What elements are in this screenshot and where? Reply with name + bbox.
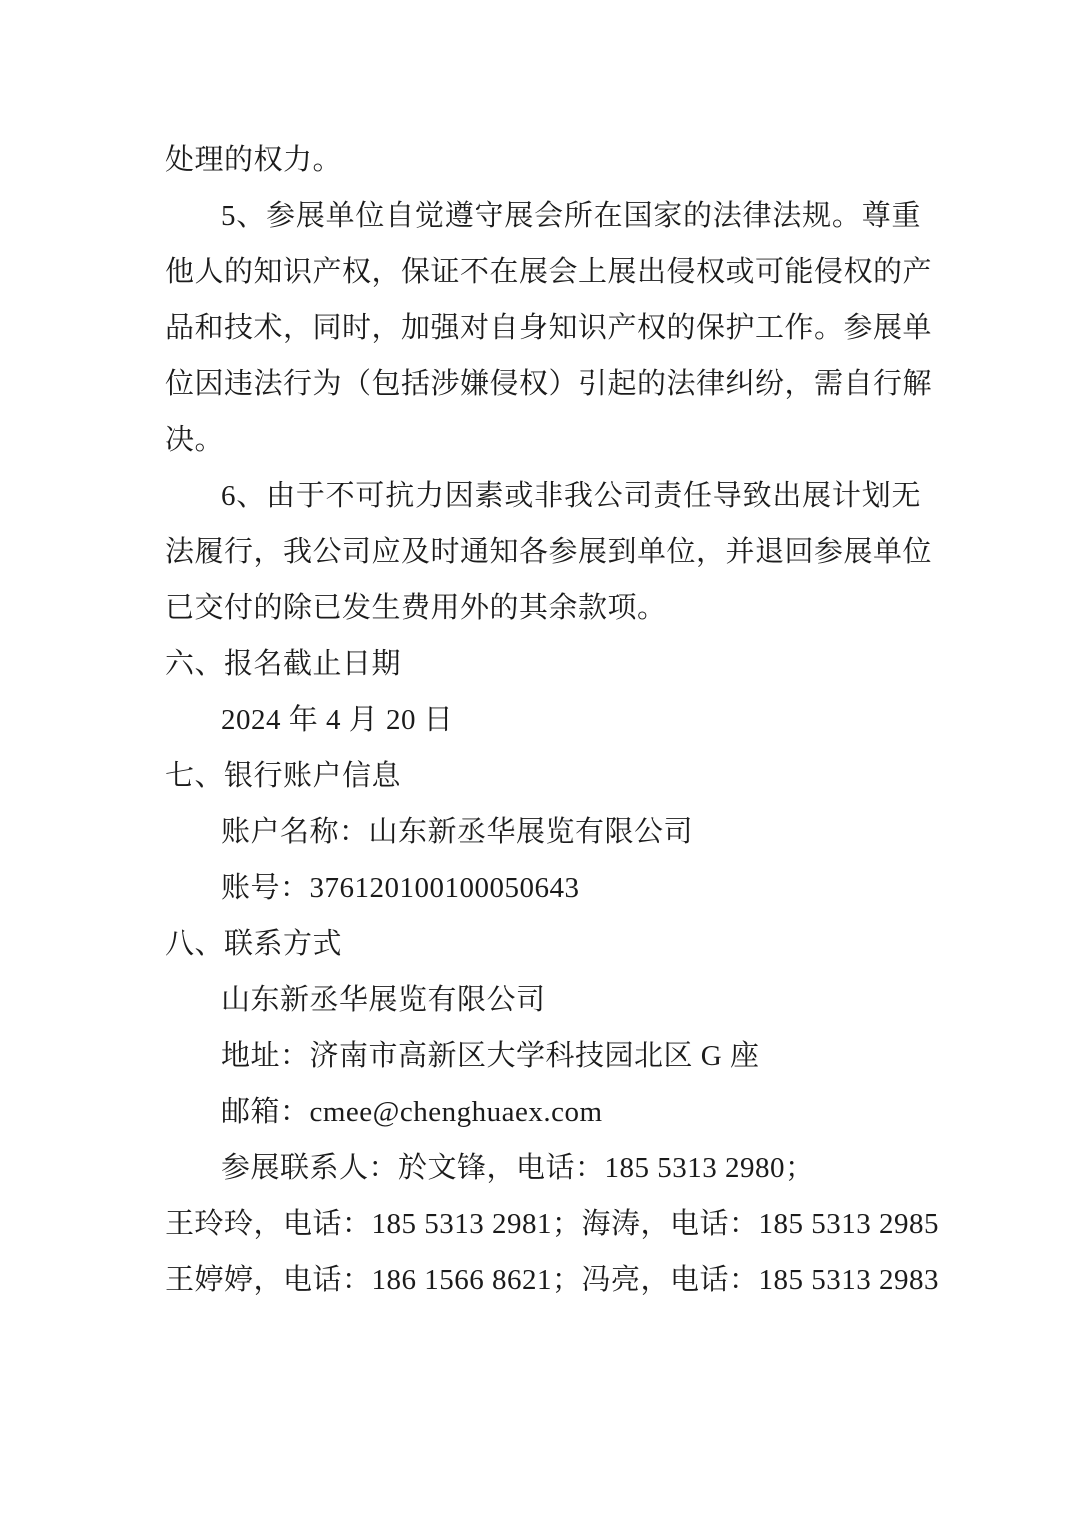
rule5-line2: 他人的知识产权，保证不在展会上展出侵权或可能侵权的产 bbox=[165, 244, 921, 300]
contact-address: 地址：济南市高新区大学科技园北区 G 座 bbox=[165, 1028, 921, 1084]
rule6-line1: 6、由于不可抗力因素或非我公司责任导致出展计划无 bbox=[165, 468, 921, 524]
rule5-line1: 5、参展单位自觉遵守展会所在国家的法律法规。尊重 bbox=[165, 188, 921, 244]
rule6-line3: 已交付的除已发生费用外的其余款项。 bbox=[165, 580, 921, 636]
contact-person-line1: 参展联系人：於文锋，电话：185 5313 2980； bbox=[165, 1140, 921, 1196]
contact-company-name: 山东新丞华展览有限公司 bbox=[165, 972, 921, 1028]
deadline-date: 2024 年 4 月 20 日 bbox=[165, 692, 921, 748]
rule5-line4: 位因违法行为（包括涉嫌侵权）引起的法律纠纷，需自行解 bbox=[165, 356, 921, 412]
rule5-line5: 决。 bbox=[165, 412, 921, 468]
prev-paragraph-last-line: 处理的权力。 bbox=[165, 132, 921, 188]
bank-account-name: 账户名称：山东新丞华展览有限公司 bbox=[165, 804, 921, 860]
contact-person-line2: 王玲玲，电话：185 5313 2981；海涛，电话：185 5313 2985 bbox=[165, 1196, 921, 1252]
contact-person-line3: 王婷婷，电话：186 1566 8621；冯亮，电话：185 5313 2983 bbox=[165, 1252, 921, 1308]
section7-heading: 七、银行账户信息 bbox=[165, 748, 921, 804]
bank-account-number: 账号：376120100100050643 bbox=[165, 860, 921, 916]
section8-heading: 八、联系方式 bbox=[165, 916, 921, 972]
rule6-line2: 法履行，我公司应及时通知各参展到单位，并退回参展单位 bbox=[165, 524, 921, 580]
contact-email: 邮箱：cmee@chenghuaex.com bbox=[165, 1084, 921, 1140]
rule5-line3: 品和技术，同时，加强对自身知识产权的保护工作。参展单 bbox=[165, 300, 921, 356]
section6-heading: 六、报名截止日期 bbox=[165, 636, 921, 692]
document-page: 处理的权力。 5、参展单位自觉遵守展会所在国家的法律法规。尊重 他人的知识产权，… bbox=[165, 132, 921, 1308]
